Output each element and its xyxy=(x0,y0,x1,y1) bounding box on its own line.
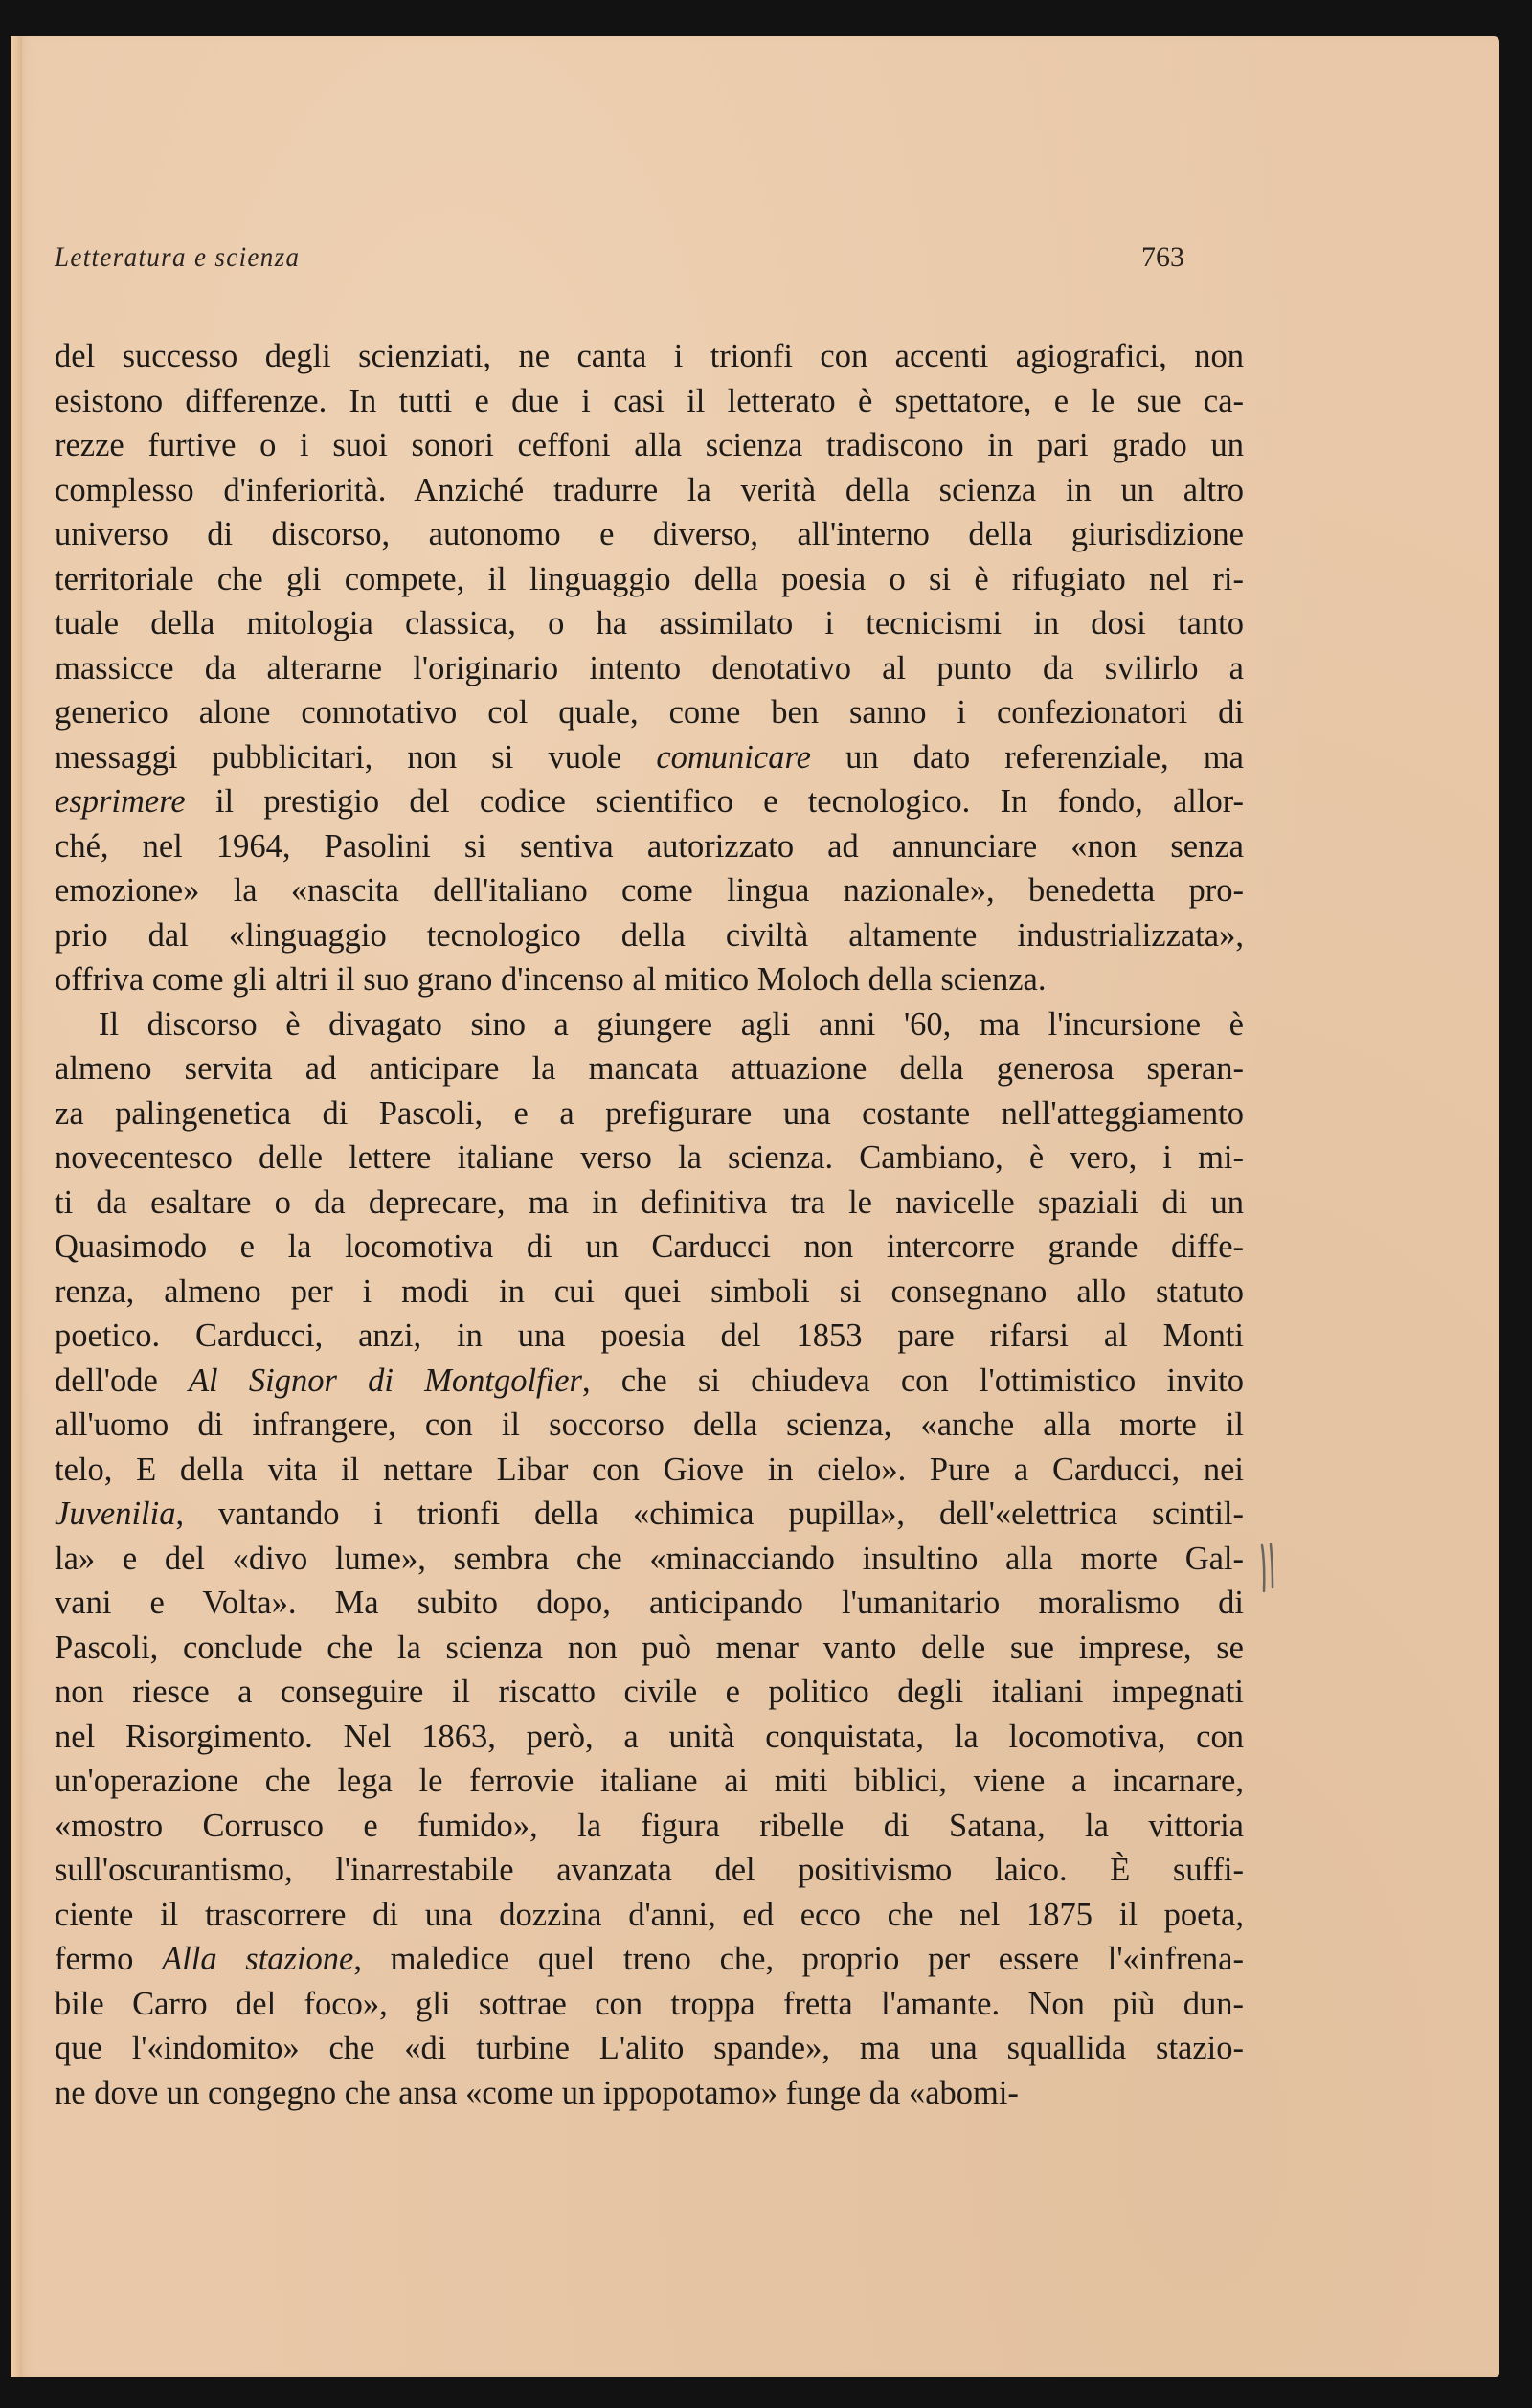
text-line: fermo Alla stazione, maledice quel treno… xyxy=(55,1937,1244,1982)
text-line: bile Carro del foco», gli sottrae con tr… xyxy=(55,1982,1244,2027)
text-line: dell'ode Al Signor di Montgolfier, che s… xyxy=(55,1359,1244,1404)
text-line: Juvenilia, vantando i trionfi della «chi… xyxy=(55,1492,1244,1537)
text-line: ti da esaltare o da deprecare, ma in def… xyxy=(55,1181,1244,1226)
text-line: nel Risorgimento. Nel 1863, però, a unit… xyxy=(55,1715,1244,1760)
text-line: prio dal «linguaggio tecnologico della c… xyxy=(55,913,1244,958)
text-line: sull'oscurantismo, l'inarrestabile avanz… xyxy=(55,1848,1244,1893)
text-line: tuale della mitologia classica, o ha ass… xyxy=(55,601,1244,646)
text-line: «mostro Corrusco e fumido», la figura ri… xyxy=(55,1804,1244,1849)
running-head: Letteratura e scienza 763 xyxy=(55,241,1184,280)
italic-title: esprimere xyxy=(55,783,186,820)
text-line: non riesce a conseguire il riscatto civi… xyxy=(55,1670,1244,1715)
text-line: rezze furtive o i suoi sonori ceffoni al… xyxy=(55,423,1244,468)
italic-title: comunicare xyxy=(656,739,811,776)
text-line: telo, E della vita il nettare Libar con … xyxy=(55,1448,1244,1493)
text-line: all'uomo di infrangere, con il soccorso … xyxy=(55,1403,1244,1448)
text-line: offriva come gli altri il suo grano d'in… xyxy=(55,957,1244,1002)
pencil-margin-mark-icon xyxy=(1257,1543,1278,1595)
text-line: ciente il trascorrere di una dozzina d'a… xyxy=(55,1893,1244,1938)
text-line: poetico. Carducci, anzi, in una poesia d… xyxy=(55,1314,1244,1359)
text-line: renza, almeno per i modi in cui quei sim… xyxy=(55,1270,1244,1315)
italic-title: Al Signor di Montgolfier xyxy=(189,1362,582,1399)
text-line: novecentesco delle lettere italiane vers… xyxy=(55,1136,1244,1181)
text-line: ché, nel 1964, Pasolini si sentiva autor… xyxy=(55,824,1244,869)
italic-title: Alla stazione xyxy=(162,1941,353,1977)
text-line: emozione» la «nascita dell'italiano come… xyxy=(55,868,1244,913)
text-line: esprimere il prestigio del codice scient… xyxy=(55,779,1244,824)
text-line: Pascoli, conclude che la scienza non può… xyxy=(55,1626,1244,1671)
text-line: del successo degli scienziati, ne canta … xyxy=(55,334,1244,379)
text-line: za palingenetica di Pascoli, e a prefigu… xyxy=(55,1091,1244,1136)
text-line: massicce da alterarne l'originario inten… xyxy=(55,646,1244,691)
text-line: Quasimodo e la locomotiva di un Carducci… xyxy=(55,1225,1244,1270)
text-line: complesso d'inferiorità. Anziché tradurr… xyxy=(55,468,1244,513)
text-line: Il discorso è divagato sino a giungere a… xyxy=(55,1002,1244,1047)
text-line: territoriale che gli compete, il linguag… xyxy=(55,557,1244,602)
text-line: vani e Volta». Ma subito dopo, anticipan… xyxy=(55,1581,1244,1626)
body-text: del successo degli scienziati, ne canta … xyxy=(55,334,1244,2115)
text-line: la» e del «divo lume», sembra che «minac… xyxy=(55,1537,1244,1582)
page-number: 763 xyxy=(1141,241,1184,274)
text-line: messaggi pubblicitari, non si vuole comu… xyxy=(55,735,1244,780)
text-line: un'operazione che lega le ferrovie itali… xyxy=(55,1759,1244,1804)
text-line: ne dove un congegno che ansa «come un ip… xyxy=(55,2071,1244,2116)
text-line: generico alone connotativo col quale, co… xyxy=(55,690,1244,735)
text-line: que l'«indomito» che «di turbine L'alito… xyxy=(55,2026,1244,2071)
running-title: Letteratura e scienza xyxy=(55,241,300,274)
text-line: esistono differenze. In tutti e due i ca… xyxy=(55,379,1244,424)
italic-title: Juvenilia xyxy=(55,1496,175,1532)
page-gutter-edge xyxy=(11,36,22,2377)
text-line: almeno servita ad anticipare la mancata … xyxy=(55,1046,1244,1091)
text-line: universo di discorso, autonomo e diverso… xyxy=(55,512,1244,557)
